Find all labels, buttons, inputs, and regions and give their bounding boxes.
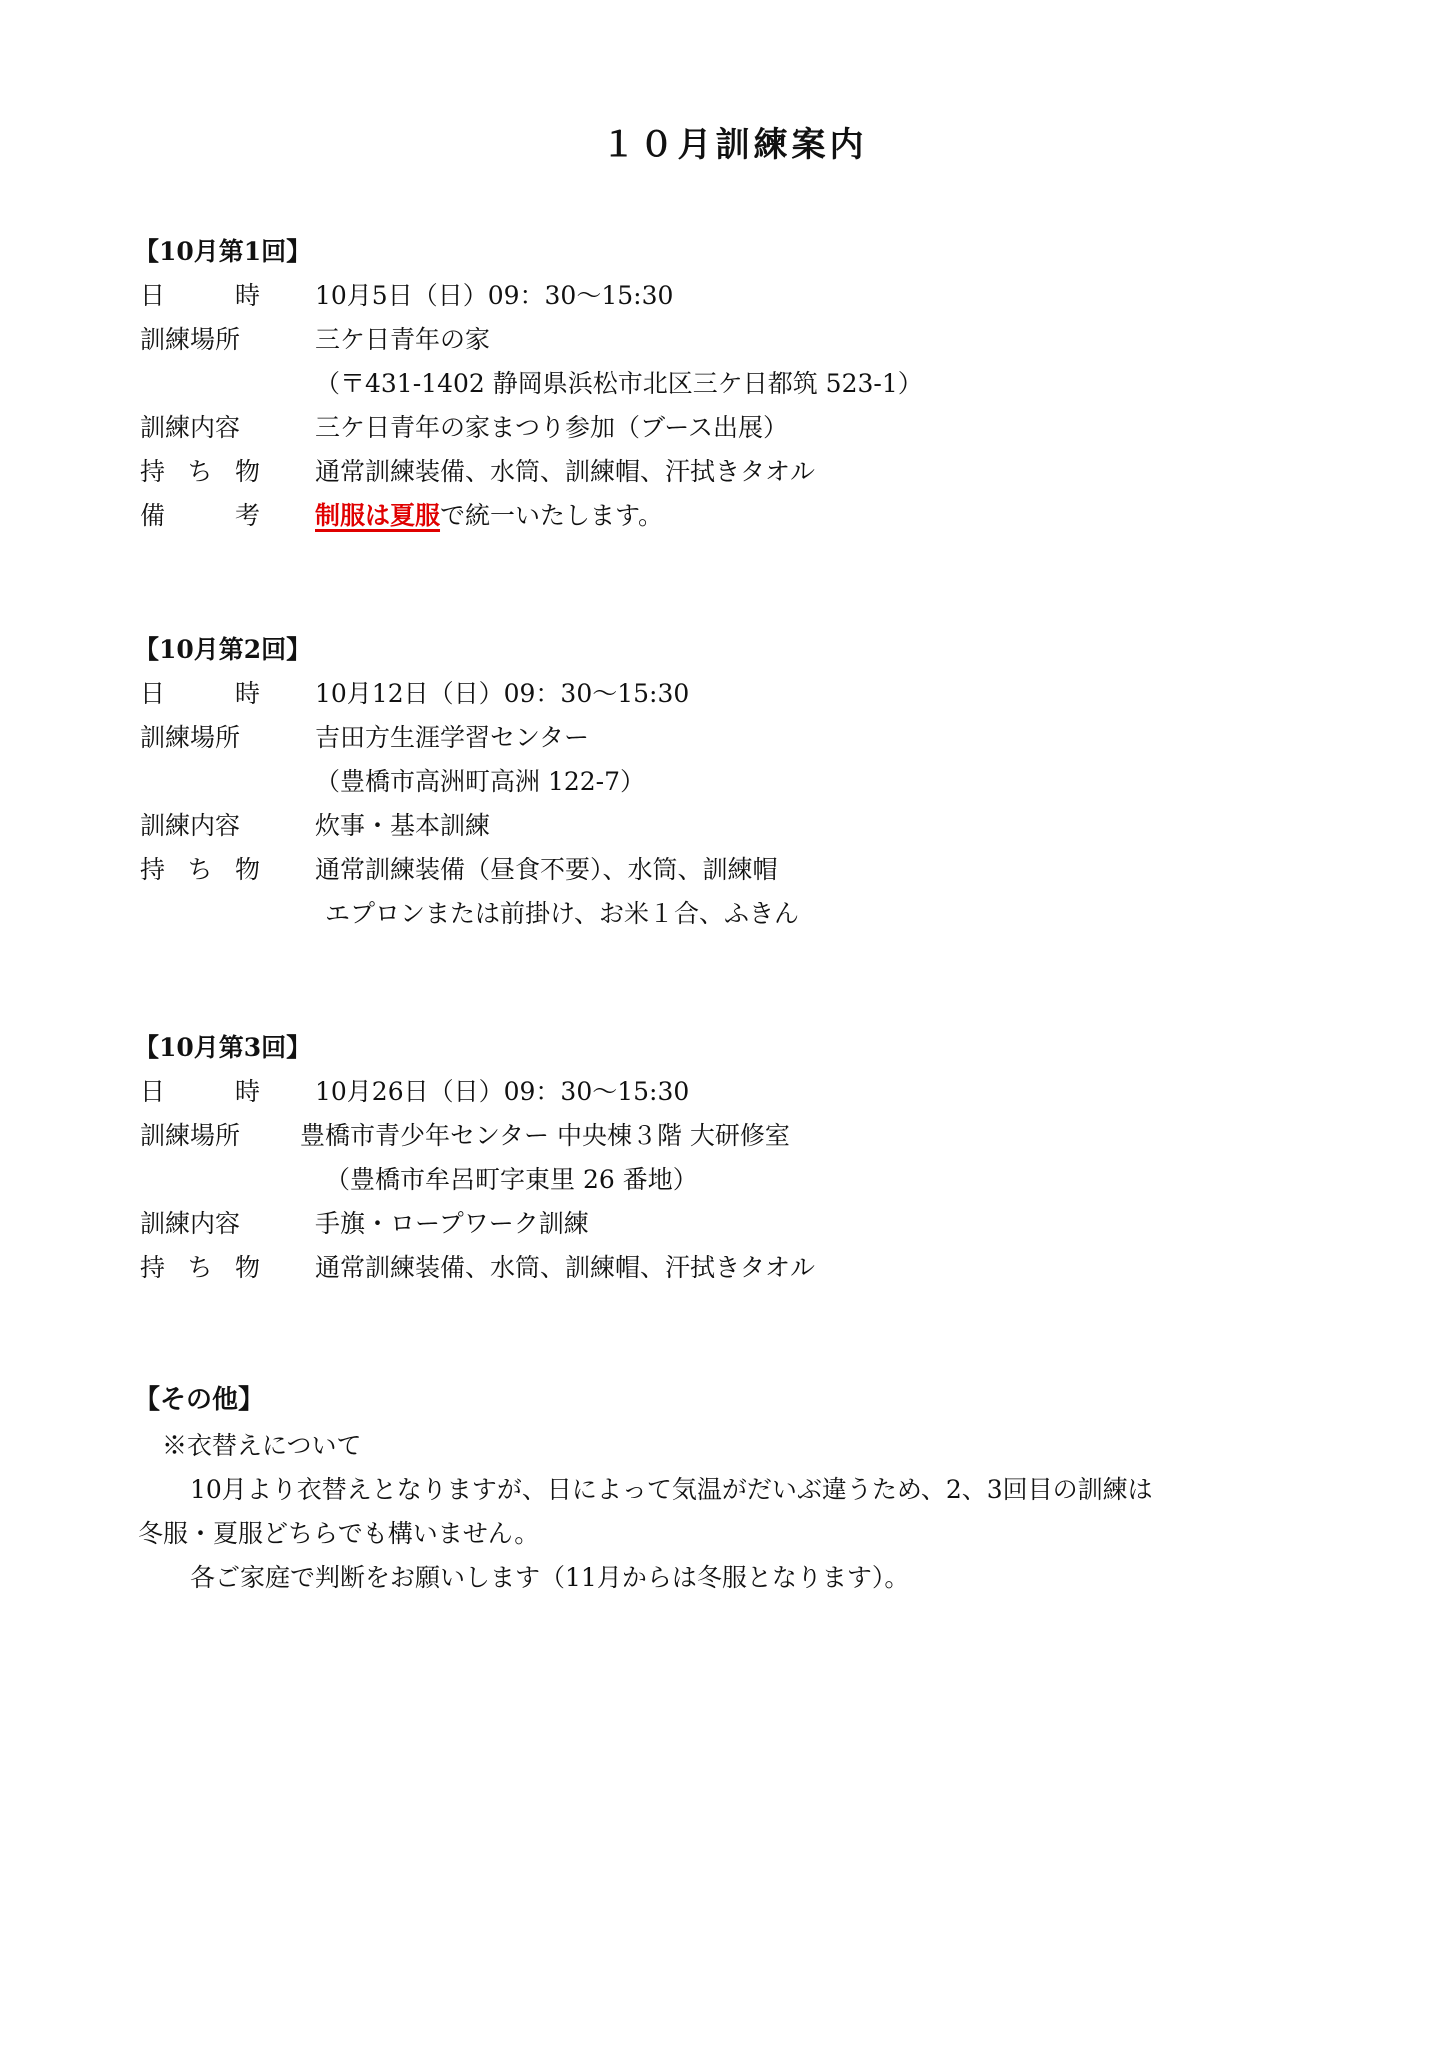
row-value: 通常訓練装備、水筒、訓練帽、汗拭きタオル (315, 1246, 815, 1290)
row-address: （豊橋市高洲町高洲 122-7） (140, 760, 1340, 804)
row-value: 10月26日（日）09：30〜15:30 (315, 1070, 689, 1114)
row-label: 日 時 (140, 672, 260, 716)
row-belongings: 持 ち 物 通常訓練装備（昼食不要）、水筒、訓練帽 (140, 848, 1340, 892)
row-value: 豊橋市青少年センター 中央棟３階 大研修室 (300, 1114, 790, 1158)
row-label: 持 ち 物 (140, 450, 260, 494)
seasonal-uniform-paragraph-line: 冬服・夏服どちらでも構いません。 (138, 1512, 1340, 1556)
row-datetime: 日 時 10月5日（日）09：30〜15:30 (140, 274, 1340, 318)
row-label: 持 ち 物 (140, 848, 260, 892)
row-belongings: 持 ち 物 通常訓練装備、水筒、訓練帽、汗拭きタオル (140, 450, 1340, 494)
row-belongings-continued: エプロンまたは前掛け、お米１合、ふきん (140, 892, 1340, 936)
row-label: 訓練内容 (140, 406, 260, 450)
row-value: 通常訓練装備（昼食不要）、水筒、訓練帽 (315, 848, 778, 892)
row-location: 訓練場所 三ケ日青年の家 (140, 318, 1340, 362)
row-belongings: 持 ち 物 通常訓練装備、水筒、訓練帽、汗拭きタオル (140, 1246, 1340, 1290)
row-label: 訓練場所 (140, 318, 260, 362)
row-content: 訓練内容 炊事・基本訓練 (140, 804, 1340, 848)
row-value: （豊橋市高洲町高洲 122-7） (315, 760, 645, 804)
row-value: 炊事・基本訓練 (315, 804, 490, 848)
row-value: 通常訓練装備、水筒、訓練帽、汗拭きタオル (315, 450, 815, 494)
session-1: 【10月第1回】 日 時 10月5日（日）09：30〜15:30 訓練場所 三ケ… (140, 232, 1340, 538)
row-value: （豊橋市牟呂町字東里 26 番地） (325, 1158, 698, 1202)
row-address: （豊橋市牟呂町字東里 26 番地） (140, 1158, 1340, 1202)
row-label: 日 時 (140, 1070, 260, 1114)
session-3: 【10月第3回】 日 時 10月26日（日）09：30〜15:30 訓練場所 豊… (140, 1028, 1340, 1290)
row-datetime: 日 時 10月26日（日）09：30〜15:30 (140, 1070, 1340, 1114)
row-label: 訓練内容 (140, 804, 260, 848)
session-heading: 【10月第2回】 (134, 630, 1340, 672)
session-heading: 【10月第3回】 (134, 1028, 1340, 1070)
row-location: 訓練場所 豊橋市青少年センター 中央棟３階 大研修室 (140, 1114, 1340, 1158)
row-label: 訓練場所 (140, 1114, 260, 1158)
row-label: 持 ち 物 (140, 1246, 260, 1290)
row-value: 10月12日（日）09：30〜15:30 (315, 672, 689, 716)
row-value: 三ケ日青年の家まつり参加（ブース出展） (315, 406, 788, 450)
other-section: 【その他】 ※衣替えについて 10月より衣替えとなりますが、日によって気温がだい… (140, 1380, 1340, 1600)
seasonal-uniform-note-title: ※衣替えについて (140, 1424, 1340, 1468)
row-value: 吉田方生涯学習センター (315, 716, 589, 760)
row-value: 制服は夏服で統一いたします。 (315, 494, 663, 538)
row-content: 訓練内容 手旗・ロープワーク訓練 (140, 1202, 1340, 1246)
remarks-rest: で統一いたします。 (440, 501, 663, 530)
row-value: エプロンまたは前掛け、お米１合、ふきん (325, 892, 799, 936)
row-value: 手旗・ロープワーク訓練 (315, 1202, 589, 1246)
row-datetime: 日 時 10月12日（日）09：30〜15:30 (140, 672, 1340, 716)
row-label: 訓練場所 (140, 716, 260, 760)
row-location: 訓練場所 吉田方生涯学習センター (140, 716, 1340, 760)
row-value: 10月5日（日）09：30〜15:30 (315, 274, 673, 318)
uniform-emphasis: 制服は夏服 (315, 501, 440, 530)
session-2: 【10月第2回】 日 時 10月12日（日）09：30〜15:30 訓練場所 吉… (140, 630, 1340, 936)
row-remarks: 備 考 制服は夏服で統一いたします。 (140, 494, 1340, 538)
row-address: （〒431-1402 静岡県浜松市北区三ケ日都筑 523-1） (140, 362, 1340, 406)
row-label: 日 時 (140, 274, 260, 318)
seasonal-uniform-paragraph-line: 各ご家庭で判断をお願いします（11月からは冬服となります）。 (140, 1556, 1340, 1600)
session-heading: 【10月第1回】 (134, 232, 1340, 274)
row-value: 三ケ日青年の家 (315, 318, 490, 362)
row-label: 訓練内容 (140, 1202, 260, 1246)
page-title: １０月訓練案内 (0, 120, 1449, 170)
seasonal-uniform-paragraph-line: 10月より衣替えとなりますが、日によって気温がだいぶ違うため、2、3回目の訓練は (140, 1468, 1340, 1512)
row-value: （〒431-1402 静岡県浜松市北区三ケ日都筑 523-1） (315, 362, 923, 406)
row-content: 訓練内容 三ケ日青年の家まつり参加（ブース出展） (140, 406, 1340, 450)
row-label: 備 考 (140, 494, 260, 538)
other-heading: 【その他】 (134, 1380, 1340, 1424)
